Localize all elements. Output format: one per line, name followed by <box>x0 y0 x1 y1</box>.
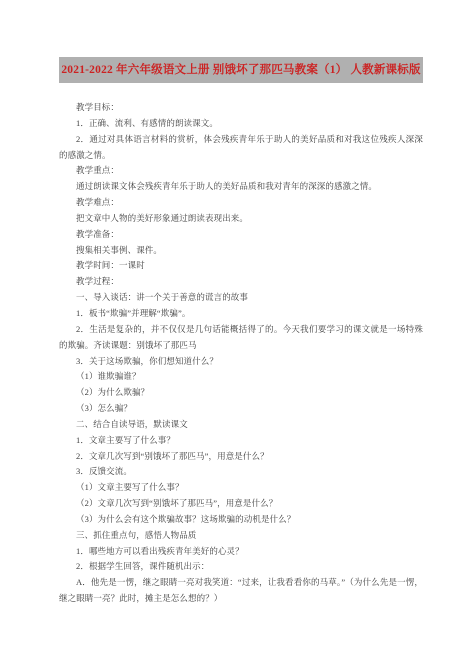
paragraph: 1．哪些地方可以看出残疾青年美好的心灵？ <box>59 544 423 560</box>
paragraph: A．他先是一愣，继之眼睛一亮对我笑道：“过来，让我看看你的马草。”（为什么先是一… <box>59 575 423 607</box>
paragraph: 3．关于这场欺骗，你们想知道什么？ <box>59 354 423 370</box>
paragraph: 一、导入谈话：讲一个关于善意的谎言的故事 <box>59 290 423 306</box>
paragraph: 2．文章几次写到“别饿坏了那匹马”，用意是什么？ <box>59 449 423 465</box>
paragraph: （2）为什么欺骗？ <box>59 385 423 401</box>
document-body: 教学目标：1．正确、流利、有感情的朗读课文。2．通过对具体语言材料的赏析，体会残… <box>59 100 423 607</box>
paragraph: （2）文章几次写到“别饿坏了那匹马”，用意是什么？ <box>59 496 423 512</box>
paragraph: 通过朗读课文体会残疾青年乐于助人的美好品质和我对青年的深深的感激之情。 <box>59 179 423 195</box>
paragraph: 2．生活是复杂的，并不仅仅是几句话能概括得了的。今天我们要学习的课文就是一场特殊… <box>59 322 423 354</box>
paragraph: 二、结合自读导语，默读课文 <box>59 417 423 433</box>
paragraph: （3）怎么骗？ <box>59 401 423 417</box>
document-page: 2021-2022 年六年级语文上册 别饿坏了那匹马教案（1） 人教新课标版 教… <box>0 0 474 670</box>
paragraph: 教学目标： <box>59 100 423 116</box>
paragraph: 2．根据学生回答，课件随机出示： <box>59 559 423 575</box>
document-title-text: 2021-2022 年六年级语文上册 别饿坏了那匹马教案（1） 人教新课标版 <box>59 57 422 83</box>
paragraph: （3）为什么会有这个欺骗故事？这场欺骗的动机是什么？ <box>59 512 423 528</box>
paragraph: 1．正确、流利、有感情的朗读课文。 <box>59 116 423 132</box>
paragraph: 搜集相关事例、课件。 <box>59 243 423 259</box>
document-title: 2021-2022 年六年级语文上册 别饿坏了那匹马教案（1） 人教新课标版 <box>59 57 423 83</box>
paragraph: 1．板书“欺骗”并理解“欺骗”。 <box>59 306 423 322</box>
paragraph: 教学过程： <box>59 274 423 290</box>
paragraph: （1）文章主要写了什么事？ <box>59 480 423 496</box>
paragraph: （1）谁欺骗谁？ <box>59 369 423 385</box>
paragraph: 教学重点： <box>59 163 423 179</box>
paragraph: 教学时间：一课时 <box>59 258 423 274</box>
paragraph: 2．通过对具体语言材料的赏析，体会残疾青年乐于助人的美好品质和对我这位残疾人深深… <box>59 132 423 164</box>
paragraph: 把文章中人物的美好形象通过朗读表现出来。 <box>59 211 423 227</box>
paragraph: 教学准备： <box>59 227 423 243</box>
paragraph: 教学难点： <box>59 195 423 211</box>
paragraph: 1．文章主要写了什么事？ <box>59 433 423 449</box>
paragraph: 3．反馈交流。 <box>59 464 423 480</box>
paragraph: 三、抓住重点句，感悟人物品质 <box>59 528 423 544</box>
